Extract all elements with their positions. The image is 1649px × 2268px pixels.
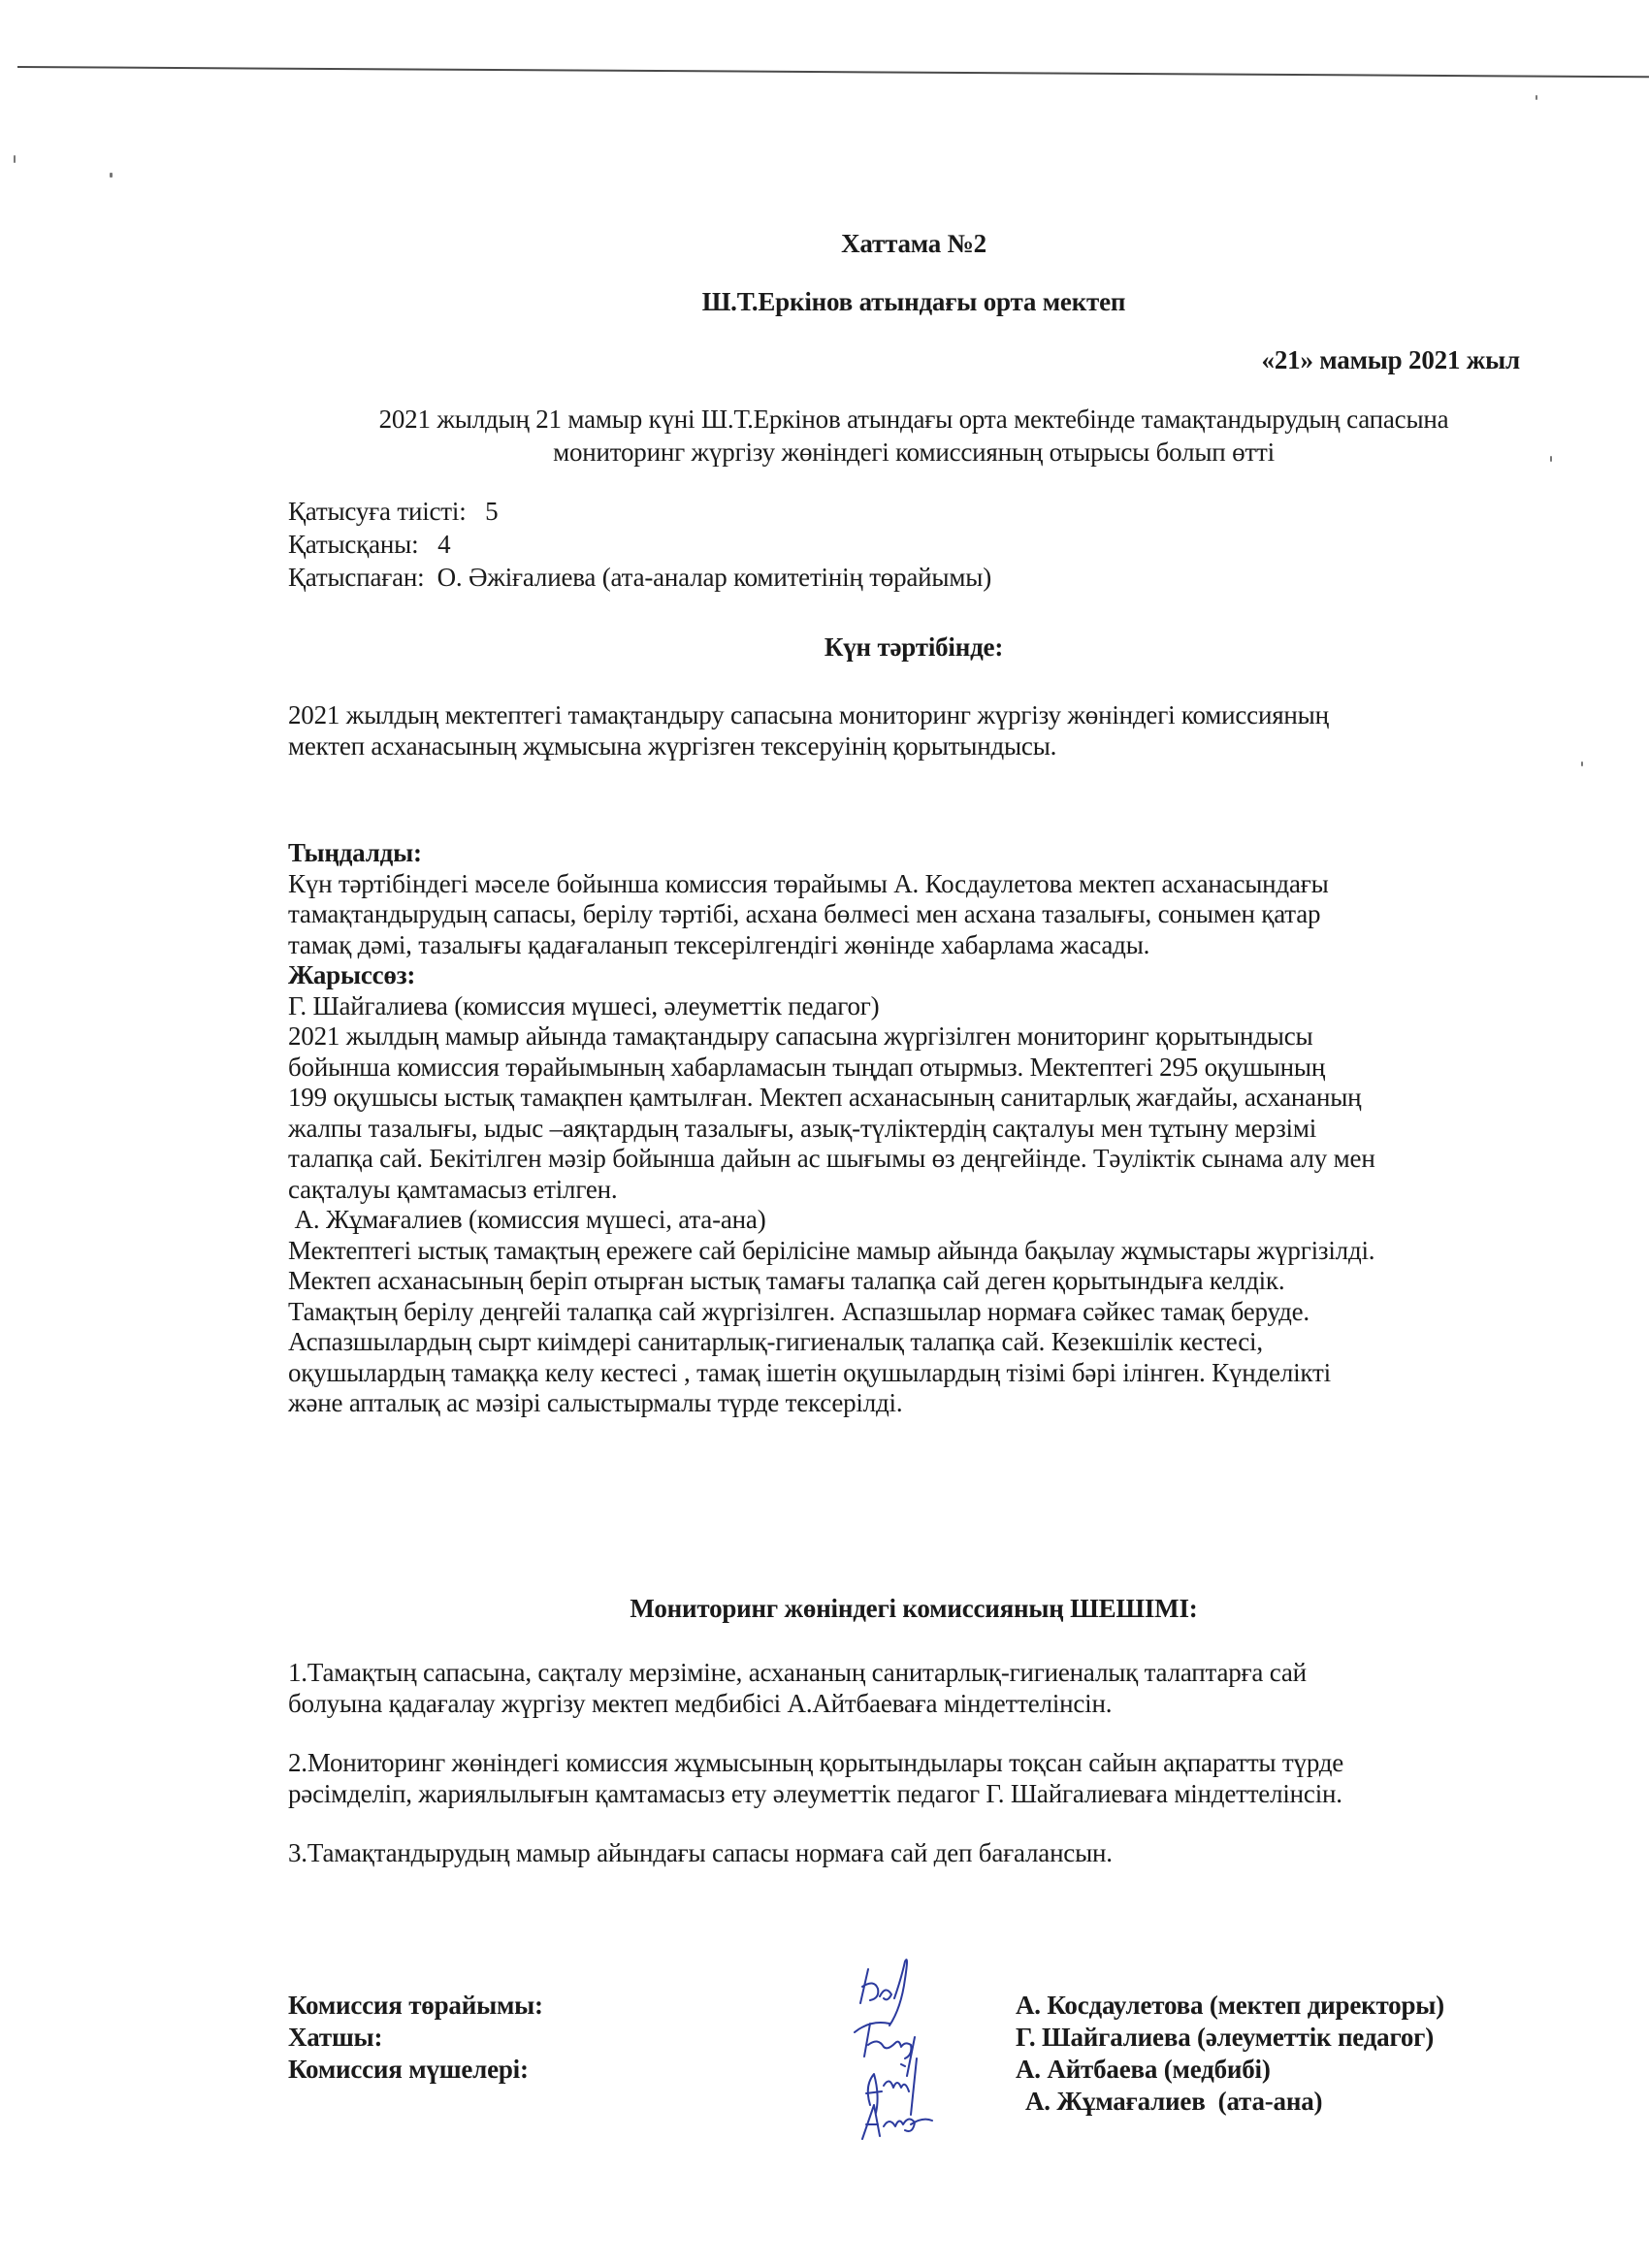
decision-line: рәсімделіп, жариялылығын қамтамасыз ету …	[288, 1777, 1343, 1808]
signatory-member: А. Жұмағалиев (ата-ана)	[1025, 2085, 1444, 2117]
signature-label-secretary: Хатшы:	[288, 2021, 543, 2053]
scan-top-edge-line	[17, 66, 1649, 78]
decision-line: 2.Мониторинг жөніндегі комиссия жұмысыны…	[288, 1746, 1343, 1777]
decision-line: 1.Тамақтың сапасына, сақталу мерзіміне, …	[288, 1656, 1307, 1687]
heard-section: Тыңдалды: Күн тәртібіндегі мәселе бойынш…	[288, 836, 1375, 1417]
heard-line: тамақ дәмі, тазалығы қадағаланып тексері…	[288, 928, 1375, 959]
speaker-line: оқушылардың тамаққа келу кестесі , тамақ…	[288, 1356, 1375, 1387]
agenda-heading: Күн тәртібінде:	[288, 631, 1539, 664]
should-attend-label: Қатысуға тиісті:	[288, 497, 467, 526]
attended-value: 4	[437, 530, 450, 559]
discussion-heading: Жарыссөз:	[288, 958, 1375, 989]
scan-speck	[1581, 761, 1583, 766]
speaker-line: Мектептегі ыстық тамақтың ережеге сай бе…	[288, 1234, 1375, 1265]
intro-line: мониторинг жүргізу жөніндегі комиссияның…	[288, 436, 1539, 469]
decision-line: 3.Тамақтандырудың мамыр айындағы сапасы …	[288, 1836, 1113, 1867]
decision-line: болуына қадағалау жүргізу мектеп медбибі…	[288, 1687, 1307, 1718]
attendance-absent: Қатыспаған: О. Әжіғалиева (ата-аналар ко…	[288, 561, 991, 594]
attendance-block: Қатысуға тиісті: 5 Қатысқаны: 4 Қатыспағ…	[288, 495, 991, 594]
speaker-line: Аспазшылардың сырт киімдері санитарлық-г…	[288, 1325, 1375, 1356]
signature-names: А. Косдаулетова (мектеп директоры) Г. Ша…	[1016, 1989, 1444, 2117]
document-title: Хаттама №2	[288, 227, 1539, 260]
speaker-line: жалпы тазалығы, ыдыс –аяқтардың тазалығы…	[288, 1112, 1375, 1143]
signatory-chair: А. Косдаулетова (мектеп директоры)	[1016, 1989, 1444, 2021]
intro-paragraph: 2021 жылдың 21 мамыр күні Ш.Т.Еркінов ат…	[288, 403, 1539, 469]
should-attend-value: 5	[485, 497, 498, 526]
signature-block: Комиссия төрайымы: Хатшы: Комиссия мүшел…	[288, 1989, 1539, 2134]
signature-label-chair: Комиссия төрайымы:	[288, 1989, 543, 2021]
signatory-secretary: Г. Шайгалиева (әлеуметтік педагог)	[1016, 2021, 1444, 2053]
agenda-text: 2021 жылдың мектептегі тамақтандыру сапа…	[288, 698, 1329, 760]
speaker-line: және апталық ас мәзірі салыстырмалы түрд…	[288, 1386, 1375, 1417]
agenda-line: 2021 жылдың мектептегі тамақтандыру сапа…	[288, 698, 1329, 729]
signature-labels: Комиссия төрайымы: Хатшы: Комиссия мүшел…	[288, 1989, 543, 2085]
heard-line: Күн тәртібіндегі мәселе бойынша комиссия…	[288, 867, 1375, 898]
speaker-line: Тамақтың берілу деңгейі талапқа сай жүрг…	[288, 1295, 1375, 1326]
speaker-line: бойынша комиссия төрайымының хабарламасы…	[288, 1051, 1375, 1082]
absent-label: Қатыспаған:	[288, 563, 424, 592]
speaker-line: сақталуы қамтамасыз етілген.	[288, 1173, 1375, 1204]
speaker-name: А. Жұмағалиев (комиссия мүшесі, ата-ана)	[288, 1203, 1375, 1234]
speaker-line: 2021 жылдың мамыр айында тамақтандыру са…	[288, 1020, 1375, 1051]
decision-item-3: 3.Тамақтандырудың мамыр айындағы сапасы …	[288, 1836, 1113, 1867]
heard-heading: Тыңдалды:	[288, 836, 1375, 867]
scan-speck	[1536, 95, 1537, 100]
decision-item-1: 1.Тамақтың сапасына, сақталу мерзіміне, …	[288, 1656, 1307, 1717]
speaker-line: талапқа сай. Бекітілген мәзір бойынша да…	[288, 1142, 1375, 1173]
intro-line: 2021 жылдың 21 мамыр күні Ш.Т.Еркінов ат…	[288, 403, 1539, 436]
speaker-line: Мектеп асханасының беріп отырған ыстық т…	[288, 1264, 1375, 1295]
agenda-line: мектеп асханасының жұмысына жүргізген те…	[288, 729, 1329, 761]
heard-line: тамақтандырудың сапасы, берілу тәртібі, …	[288, 897, 1375, 928]
absent-value: О. Әжіғалиева (ата-аналар комитетінің тө…	[437, 563, 991, 592]
decision-heading: Мониторинг жөніндегі комиссияның ШЕШІМІ:	[288, 1592, 1539, 1625]
scan-speck	[110, 173, 113, 178]
attended-label: Қатысқаны:	[288, 530, 418, 559]
attendance-attended: Қатысқаны: 4	[288, 528, 991, 561]
signatory-member: А. Айтбаева (медбибі)	[1016, 2053, 1444, 2085]
signature-label-members: Комиссия мүшелері:	[288, 2053, 543, 2085]
handwritten-signatures-icon	[841, 1950, 977, 2144]
attendance-should-attend: Қатысуға тиісті: 5	[288, 495, 991, 528]
scan-speck	[14, 155, 16, 163]
scan-speck	[1550, 456, 1552, 462]
speaker-line: 199 оқушысы ыстық тамақпен қамтылған. Ме…	[288, 1081, 1375, 1112]
document-date: «21» мамыр 2021 жыл	[1262, 343, 1520, 376]
speaker-name: Г. Шайгалиева (комиссия мүшесі, әлеуметт…	[288, 989, 1375, 1021]
decision-item-2: 2.Мониторинг жөніндегі комиссия жұмысыны…	[288, 1746, 1343, 1807]
school-name: Ш.Т.Еркінов атындағы орта мектеп	[288, 285, 1539, 318]
